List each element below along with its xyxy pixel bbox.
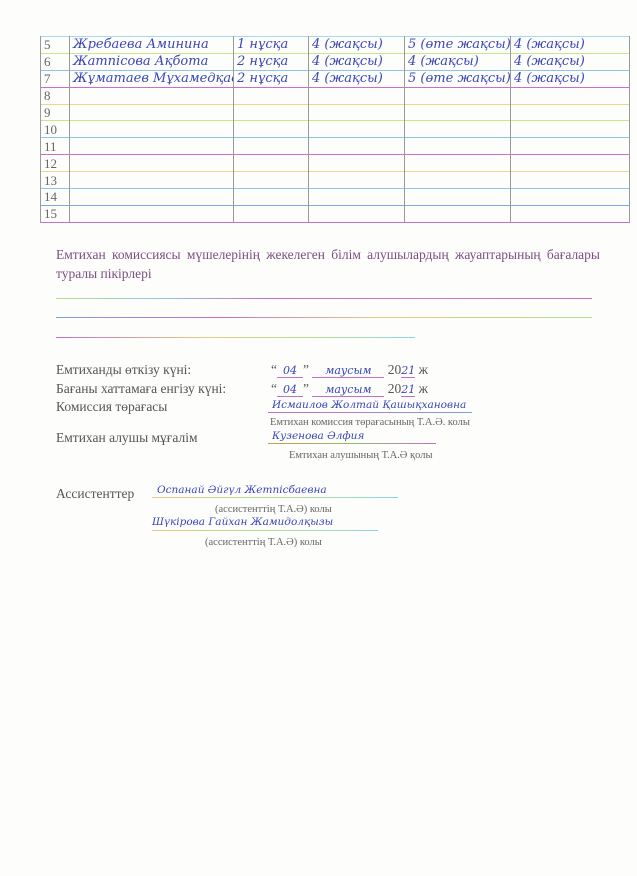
cell-c4[interactable] — [405, 189, 511, 206]
teacher-signature[interactable]: Кузенова Әлфия — [272, 430, 364, 442]
cell-c4[interactable]: 5 (өте жақсы) — [405, 70, 511, 87]
cell-name[interactable] — [70, 104, 234, 121]
cell-name[interactable] — [70, 189, 234, 206]
table-row: 8 — [41, 87, 630, 104]
cell-name[interactable]: Жребаева Аминина — [70, 37, 234, 54]
chair-signature[interactable]: Исмаилов Жолтай Қашықхановна — [272, 399, 466, 411]
table-row: 15 — [41, 205, 630, 222]
teacher-label: Емтихан алушы мұғалім — [56, 430, 198, 446]
cell-c4[interactable] — [405, 155, 511, 172]
protocol-day[interactable]: 04 — [277, 383, 303, 397]
cell-c3[interactable] — [309, 121, 405, 138]
table-row: 7Жұматаев Мұхамедқасан2 нұсқа4 (жақсы)5 … — [41, 70, 630, 87]
cell-c2[interactable] — [234, 155, 309, 172]
cell-c3[interactable] — [309, 155, 405, 172]
row-number: 10 — [41, 121, 70, 138]
cell-c2[interactable]: 2 нұсқа — [234, 70, 309, 87]
table-row: 13 — [41, 172, 630, 189]
table-row: 12 — [41, 155, 630, 172]
cell-c3[interactable] — [309, 172, 405, 189]
cell-name[interactable] — [70, 138, 234, 155]
cell-c2[interactable]: 2 нұсқа — [234, 53, 309, 70]
assistant1-signature-line — [152, 497, 398, 498]
grades-table: 5Жребаева Аминина1 нұсқа4 (жақсы)5 (өте … — [40, 36, 630, 223]
protocol-year-unit: ж — [419, 381, 428, 396]
assistant2-signature-line — [152, 530, 378, 531]
cell-c4[interactable] — [405, 104, 511, 121]
assistants-label: Ассистенттер — [56, 486, 134, 502]
cell-c4[interactable]: 5 (өте жақсы) — [405, 37, 511, 54]
protocol-year-suffix[interactable]: 21 — [401, 383, 415, 397]
comment-line-3[interactable] — [56, 337, 415, 338]
protocol-year-prefix: 20 — [388, 381, 402, 396]
row-number: 12 — [41, 155, 70, 172]
cell-c5[interactable] — [511, 104, 630, 121]
teacher-signature-line — [268, 443, 436, 444]
cell-c4[interactable] — [405, 121, 511, 138]
cell-c4[interactable] — [405, 87, 511, 104]
cell-c4[interactable] — [405, 205, 511, 222]
row-number: 15 — [41, 205, 70, 222]
cell-c5[interactable]: 4 (жақсы) — [511, 37, 630, 54]
cell-c3[interactable] — [309, 104, 405, 121]
table-row: 11 — [41, 138, 630, 155]
row-number: 8 — [41, 87, 70, 104]
row-number: 7 — [41, 70, 70, 87]
chair-signature-line — [268, 412, 472, 413]
cell-c3[interactable] — [309, 205, 405, 222]
cell-c5[interactable]: 4 (жақсы) — [511, 70, 630, 87]
comment-line-2[interactable] — [56, 317, 592, 318]
cell-c5[interactable] — [511, 172, 630, 189]
cell-c3[interactable]: 4 (жақсы) — [309, 37, 405, 54]
cell-c2[interactable]: 1 нұсқа — [234, 37, 309, 54]
teacher-caption: Емтихан алушының Т.А.Ә қолы — [289, 450, 433, 461]
cell-name[interactable]: Жатпісова Ақбота — [70, 53, 234, 70]
table-row: 14 — [41, 189, 630, 206]
chair-label: Комиссия төрағасы — [56, 399, 167, 415]
protocol-date-label: Бағаны хаттамаға енгізу күні: — [56, 381, 226, 397]
cell-name[interactable] — [70, 121, 234, 138]
cell-c3[interactable] — [309, 87, 405, 104]
cell-c4[interactable] — [405, 172, 511, 189]
cell-c4[interactable]: 4 (жақсы) — [405, 53, 511, 70]
assistant1-caption: (ассистенттің Т.А.Ә) колы — [215, 504, 332, 515]
exam-day[interactable]: 04 — [277, 364, 303, 378]
cell-c4[interactable] — [405, 138, 511, 155]
cell-c2[interactable] — [234, 87, 309, 104]
comment-line-1[interactable] — [56, 298, 592, 299]
table-row: 9 — [41, 104, 630, 121]
cell-c5[interactable] — [511, 87, 630, 104]
cell-c2[interactable] — [234, 121, 309, 138]
exam-date-label: Емтиханды өткізу күні: — [56, 362, 191, 378]
row-number: 6 — [41, 53, 70, 70]
cell-c2[interactable] — [234, 172, 309, 189]
assistant1-signature[interactable]: Оспанай Әйгүл Жетпісбаевна — [157, 484, 327, 496]
cell-name[interactable] — [70, 205, 234, 222]
cell-name[interactable] — [70, 172, 234, 189]
cell-c5[interactable] — [511, 205, 630, 222]
cell-c2[interactable] — [234, 189, 309, 206]
exam-month[interactable]: маусым — [312, 364, 384, 378]
exam-year-unit: ж — [419, 362, 428, 377]
cell-c3[interactable]: 4 (жақсы) — [309, 53, 405, 70]
table-row: 5Жребаева Аминина1 нұсқа4 (жақсы)5 (өте … — [41, 37, 630, 54]
protocol-month[interactable]: маусым — [312, 383, 384, 397]
exam-year-suffix[interactable]: 21 — [401, 364, 415, 378]
cell-c3[interactable] — [309, 189, 405, 206]
cell-name[interactable] — [70, 155, 234, 172]
cell-name[interactable] — [70, 87, 234, 104]
assistant2-caption: (ассистенттің Т.А.Ә) колы — [205, 537, 322, 548]
protocol-date-field[interactable]: “04” маусым 2021 ж — [271, 381, 428, 397]
comments-heading: Емтихан комиссиясы мүшелерінің жекелеген… — [56, 245, 600, 283]
row-number: 9 — [41, 104, 70, 121]
table-row: 6Жатпісова Ақбота2 нұсқа4 (жақсы)4 (жақс… — [41, 53, 630, 70]
chair-caption: Емтихан комиссия төрағасының Т.А.Ә. колы — [270, 417, 470, 428]
cell-c5[interactable] — [511, 189, 630, 206]
cell-c5[interactable]: 4 (жақсы) — [511, 53, 630, 70]
table-row: 10 — [41, 121, 630, 138]
cell-c2[interactable] — [234, 205, 309, 222]
row-number: 11 — [41, 138, 70, 155]
assistant2-signature[interactable]: Шүкірова Гайхан Жамидолқызы — [152, 516, 333, 528]
row-number: 5 — [41, 37, 70, 54]
exam-year-prefix: 20 — [388, 362, 402, 377]
cell-name[interactable]: Жұматаев Мұхамедқасан — [70, 70, 234, 87]
cell-c3[interactable]: 4 (жақсы) — [309, 70, 405, 87]
cell-c5[interactable] — [511, 155, 630, 172]
cell-c2[interactable] — [234, 138, 309, 155]
cell-c5[interactable] — [511, 121, 630, 138]
row-number: 14 — [41, 189, 70, 206]
cell-c5[interactable] — [511, 138, 630, 155]
cell-c2[interactable] — [234, 104, 309, 121]
exam-date-field[interactable]: “04” маусым 2021 ж — [271, 362, 428, 378]
cell-c3[interactable] — [309, 138, 405, 155]
row-number: 13 — [41, 172, 70, 189]
